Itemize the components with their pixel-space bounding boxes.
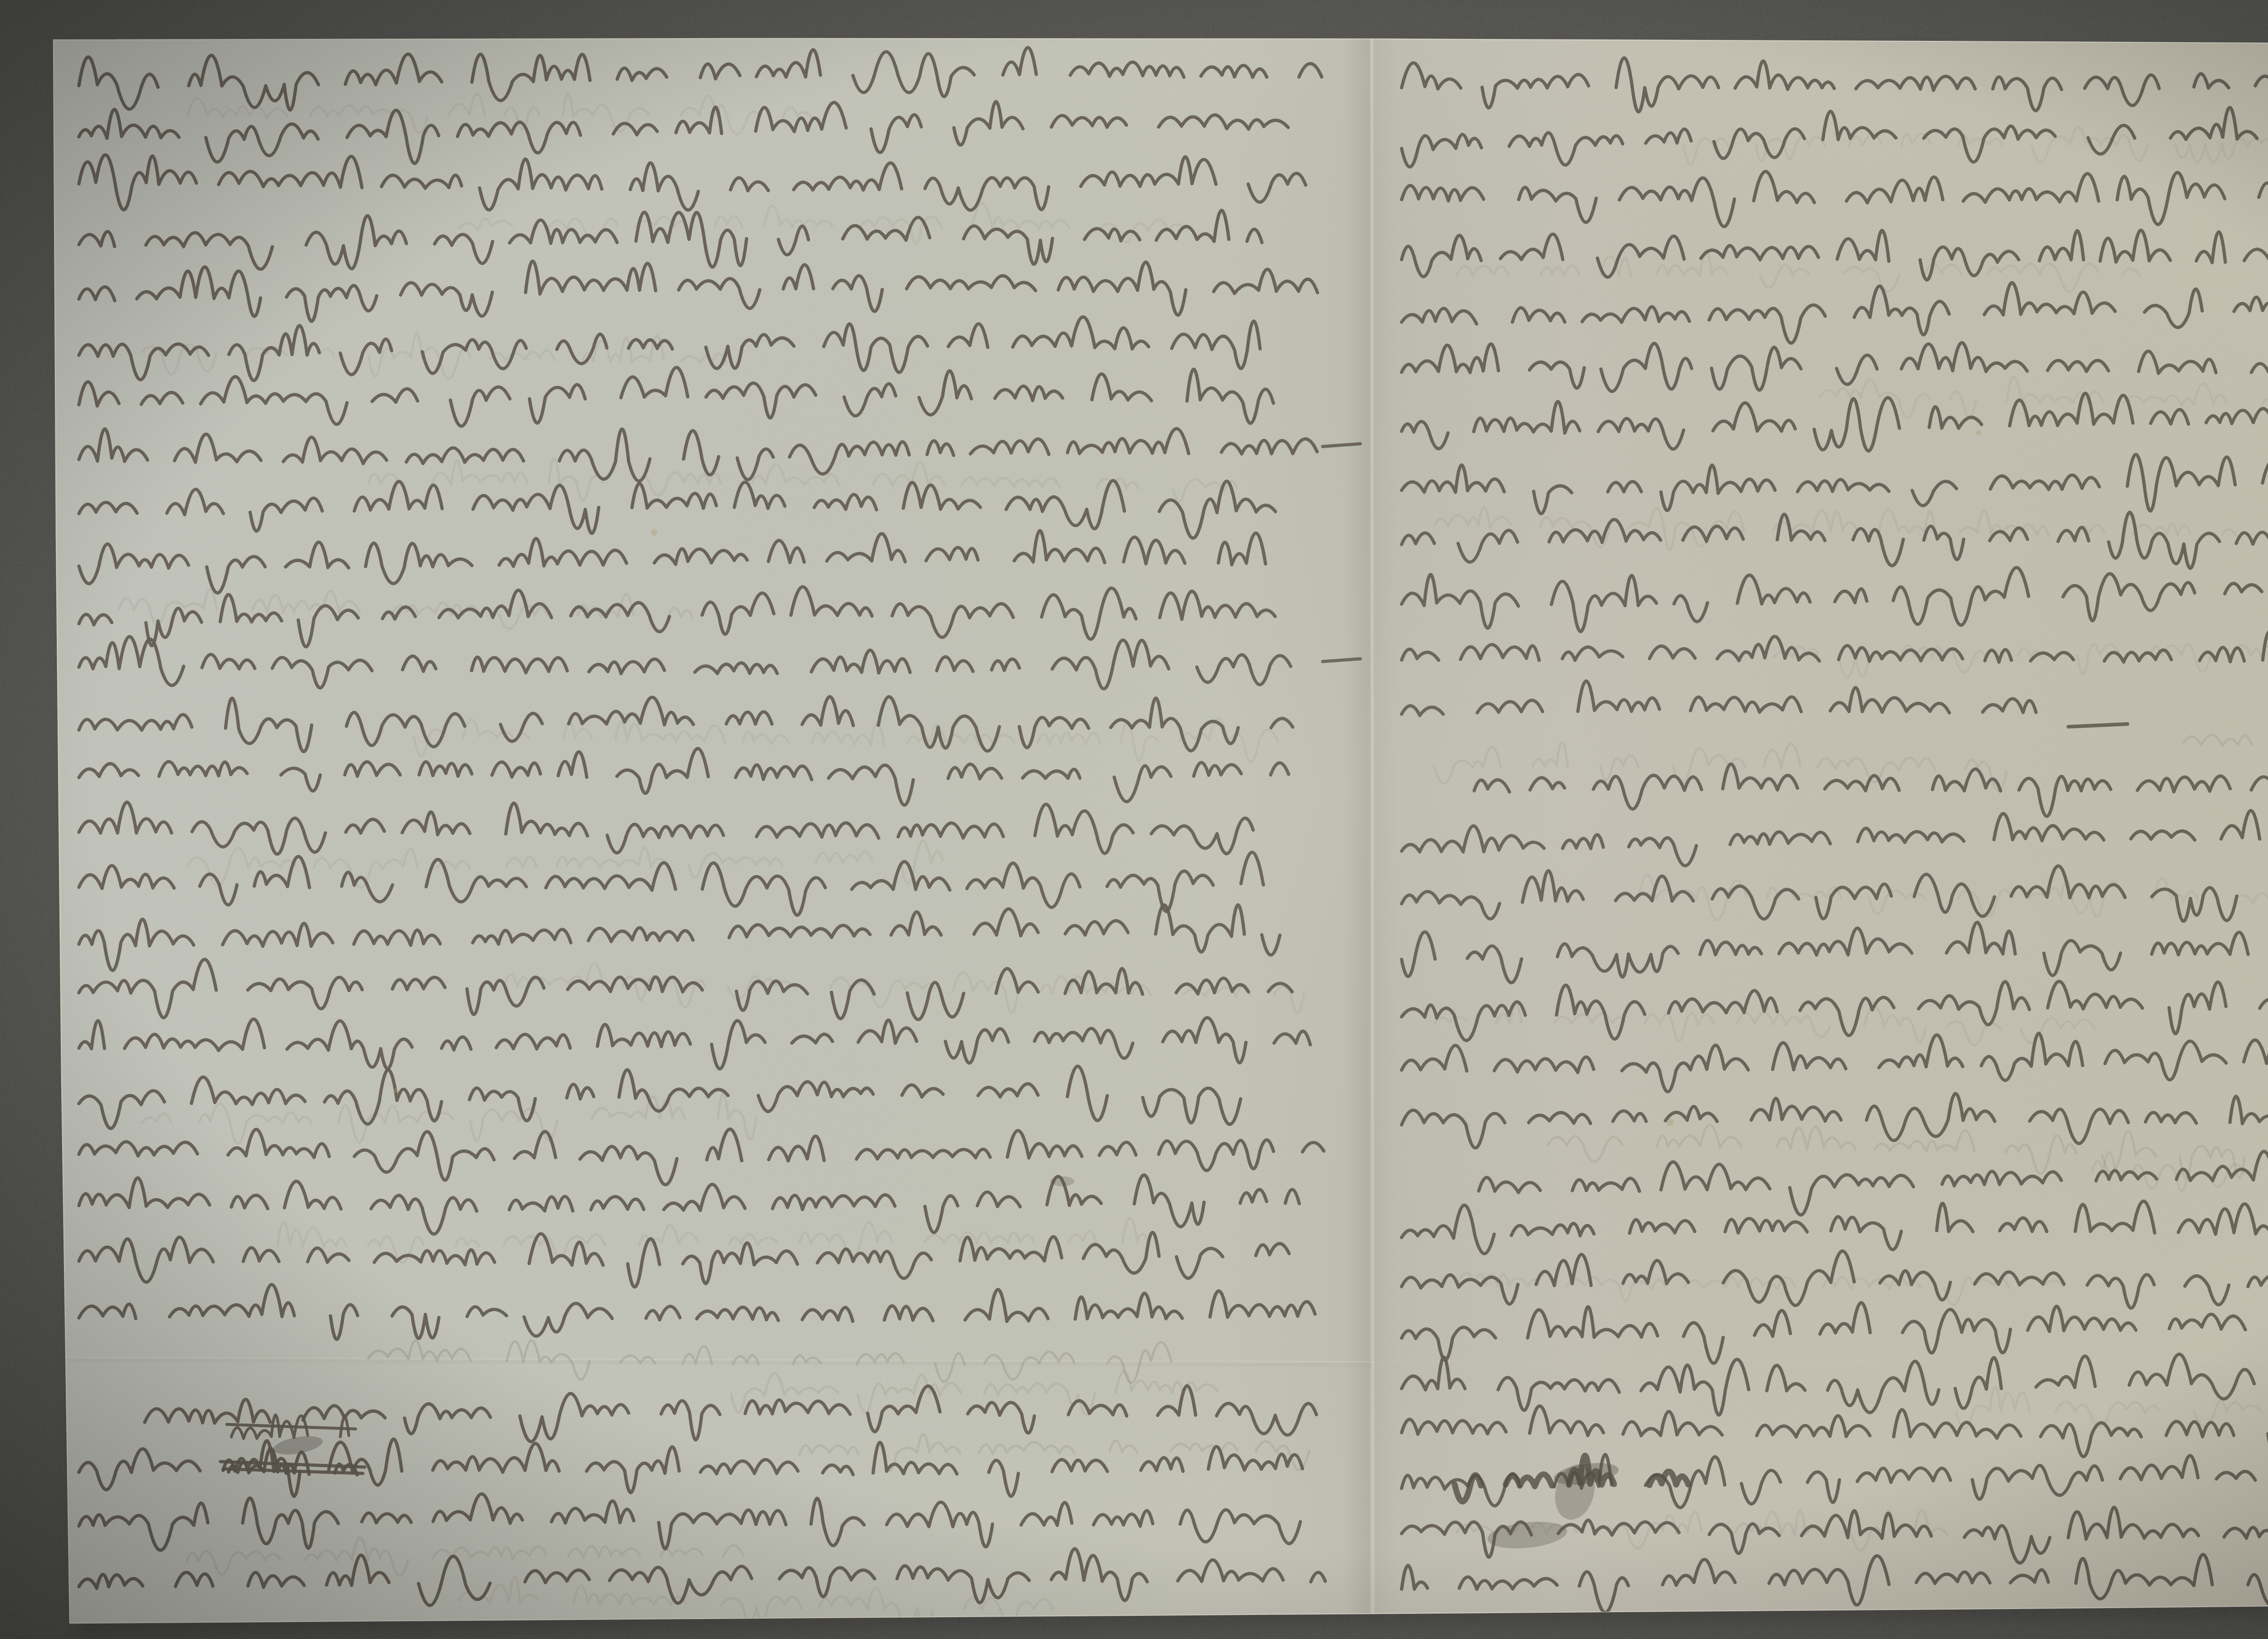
archival-scan-scene: Handwritten letter - two-page spread (ar…: [0, 0, 2268, 1639]
letter-scan: Handwritten letter - two-page spread (ar…: [0, 0, 2268, 1639]
vignette-overlay: [0, 0, 2268, 1639]
